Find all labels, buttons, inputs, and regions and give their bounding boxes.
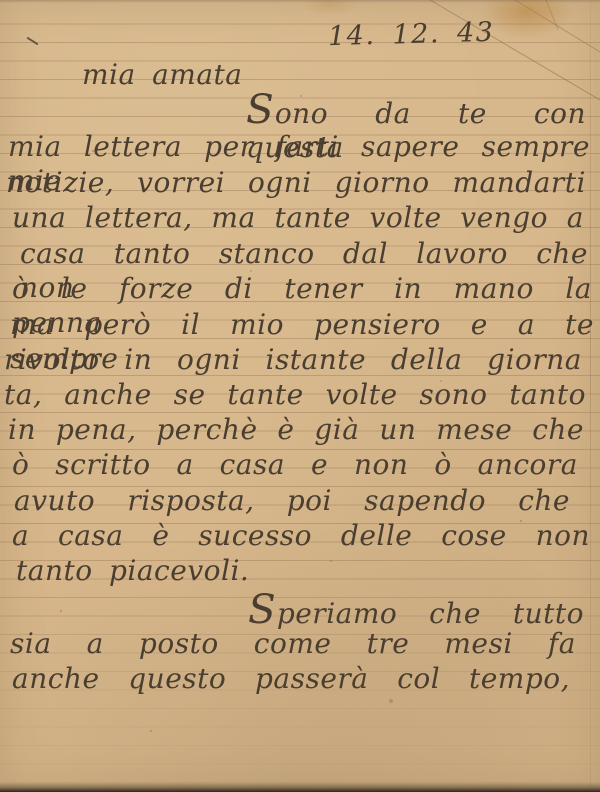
scan-top-edge bbox=[0, 0, 600, 3]
letter-line: anche questo passerà col tempo, bbox=[12, 662, 570, 696]
letter-line: rivolto in ogni istante della giorna bbox=[4, 343, 582, 377]
letter-salutation: mia amata bbox=[82, 58, 242, 92]
letter-line: in pena, perchè è già un mese che bbox=[8, 413, 584, 447]
letter-page: 14. 12. 43 mia amata Sono da te con ques… bbox=[0, 0, 600, 792]
letter-line: notizie, vorrei ogni giorno mandarti bbox=[6, 166, 586, 200]
scan-bottom-edge bbox=[0, 782, 600, 792]
letter-line: avuto risposta, poi sapendo che bbox=[14, 484, 570, 518]
letter-line: ò scritto a casa e non ò ancora bbox=[12, 448, 578, 482]
letter-line: tanto piacevoli. bbox=[16, 554, 249, 588]
letter-line: ta, anche se tante volte sono tanto bbox=[4, 378, 586, 412]
letter-date: 14. 12. 43 bbox=[328, 16, 495, 54]
stain-top-right bbox=[482, 0, 572, 38]
letter-line: a casa è sucesso delle cose non bbox=[12, 519, 590, 553]
letter-line: Speriamo che tutto bbox=[248, 592, 584, 631]
letter-line: una lettera, ma tante volte vengo a bbox=[12, 201, 584, 235]
letter-line: sia a posto come tre mesi fa bbox=[10, 627, 576, 661]
paper-specks bbox=[0, 0, 2, 2]
